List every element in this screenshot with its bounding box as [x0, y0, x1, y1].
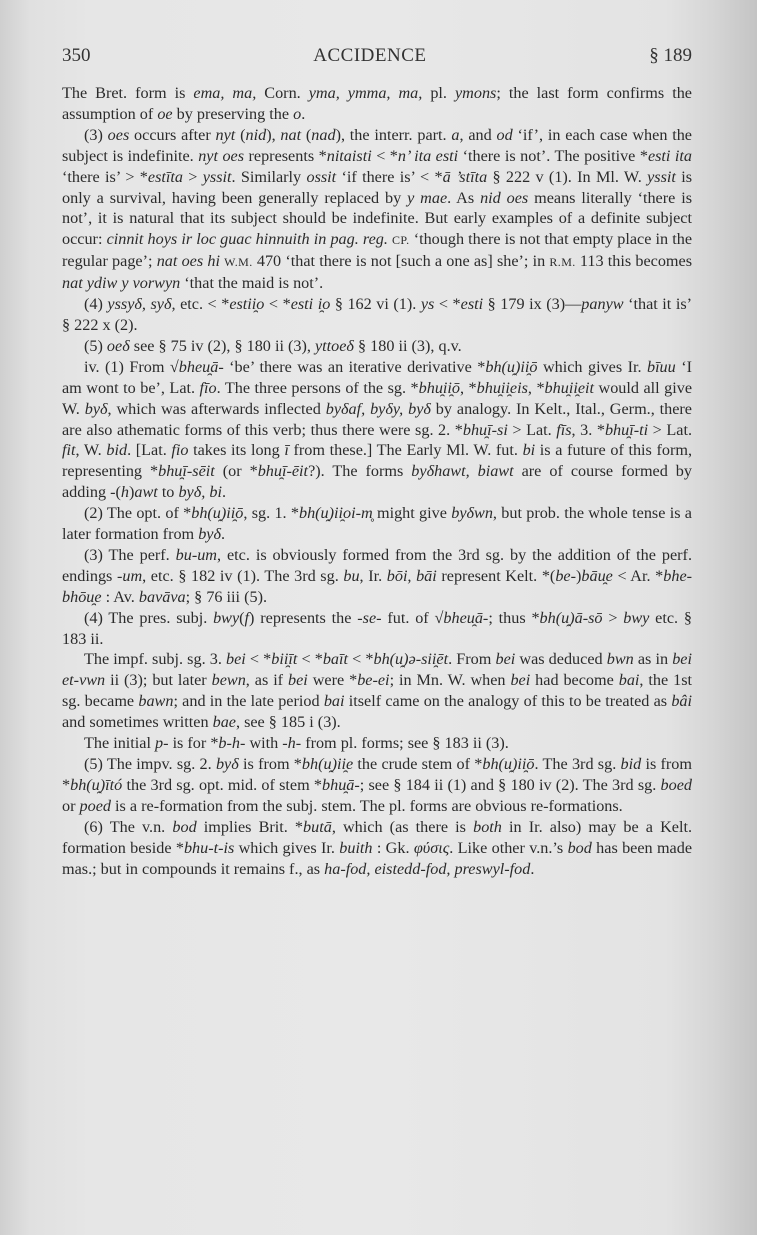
paragraph: (6) The v.n. bod implies Brit. *butā, wh… [62, 817, 692, 880]
paragraph: (3) The perf. bu-um, etc. is obviously f… [62, 545, 692, 608]
page-body: The Bret. form is ema, ma, Corn. yma, ym… [62, 83, 692, 879]
chapter-title: ACCIDENCE [313, 45, 426, 67]
paragraph: (2) The opt. of *bh(u̯)ii̯ō, sg. 1. *bh(… [62, 503, 692, 545]
section-number: § 189 [649, 45, 692, 67]
paragraph: The Bret. form is ema, ma, Corn. yma, ym… [62, 83, 692, 125]
paragraph: The impf. subj. sg. 3. bei < *bii̯īt < *… [62, 649, 692, 733]
paragraph: (4) The pres. subj. bwy(f) represents th… [62, 608, 692, 650]
book-page: 350 ACCIDENCE § 189 The Bret. form is em… [62, 45, 692, 879]
paragraph: The initial p- is for *b-h- with -h- fro… [62, 733, 692, 754]
paragraph: (5) oeδ see § 75 iv (2), § 180 ii (3), y… [62, 336, 692, 357]
page-number: 350 [62, 45, 91, 67]
paragraph: iv. (1) From √bheu̯ā- ‘be’ there was an … [62, 357, 692, 503]
running-head: 350 ACCIDENCE § 189 [62, 45, 692, 67]
paragraph: (5) The impv. sg. 2. byδ is from *bh(u̯)… [62, 754, 692, 817]
paragraph: (3) oes occurs after nyt (nid), nat (nad… [62, 125, 692, 294]
paragraph: (4) yssyδ, syδ, etc. < *estii̯o < *esti … [62, 294, 692, 336]
